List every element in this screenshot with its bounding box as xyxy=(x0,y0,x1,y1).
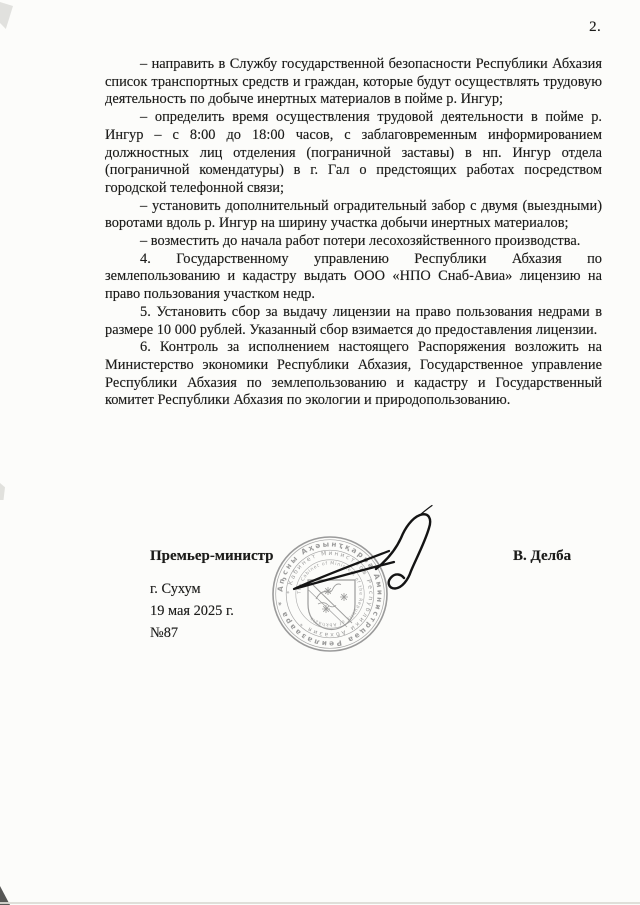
official-stamp-and-signature: Аҧсны Аҳәынҭқарра Аминистрцәа Реилазаара… xyxy=(245,498,450,673)
svg-text:The Cabinet of Ministers of th: The Cabinet of Ministers of the Republic… xyxy=(296,560,363,627)
signature-city: г. Сухум xyxy=(150,581,201,598)
star-icon xyxy=(340,593,348,601)
paragraph: – установить дополнительный оградительны… xyxy=(105,198,602,233)
official-stamp: Аҧсны Аҳәынҭқарра Аминистрцәа Реилазаара… xyxy=(273,537,387,651)
scan-artifact xyxy=(0,483,5,500)
signature-date: 19 мая 2025 г. xyxy=(150,603,234,620)
signer-name: В. Делба xyxy=(513,548,571,565)
paragraph: 6. Контроль за исполнением настоящего Ра… xyxy=(105,339,602,410)
stamp-inner-ring-text: The Cabinet of Ministers of the Republic… xyxy=(296,560,363,627)
star-icon xyxy=(322,605,330,613)
paragraph: – определить время осуществления трудово… xyxy=(105,109,602,198)
paragraph: 5. Установить сбор за выдачу лицензии на… xyxy=(105,304,602,339)
paragraph: – направить в Службу государственной без… xyxy=(105,56,602,109)
star-icon xyxy=(324,587,332,595)
page-number: 2. xyxy=(0,19,601,36)
paragraph: 4. Государственному управлению Республик… xyxy=(105,251,602,304)
scanned-document-page: 2. – направить в Службу государственной … xyxy=(0,0,640,905)
document-body: – направить в Службу государственной без… xyxy=(105,56,602,410)
scan-artifact xyxy=(0,902,640,904)
document-number: №87 xyxy=(150,625,178,642)
paragraph: – возместить до начала работ потери лесо… xyxy=(105,233,602,251)
